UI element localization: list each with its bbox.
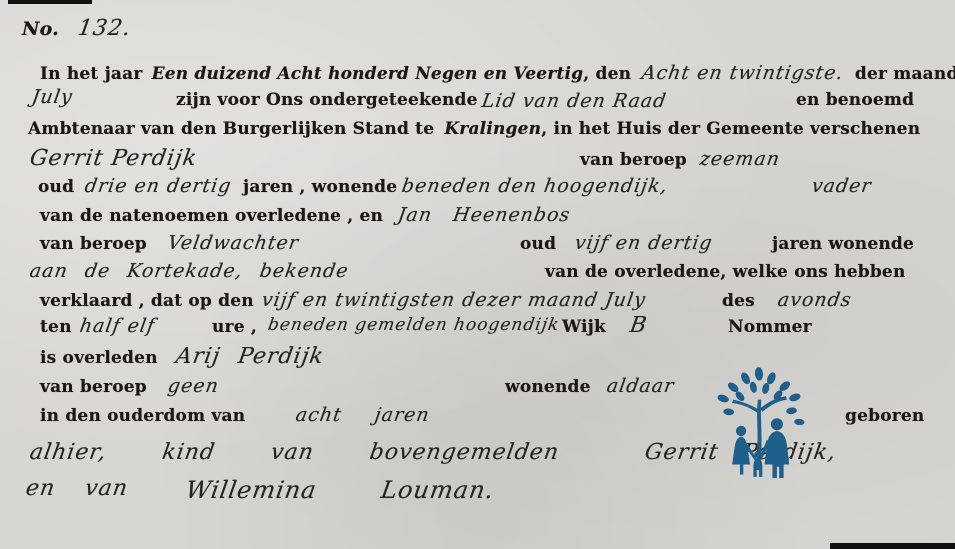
handwritten-deceased-age: acht jaren [294, 404, 431, 426]
handwritten-deceased-occupation: geen [166, 375, 220, 397]
printed-text: des [722, 291, 755, 311]
printed-text: en benoemd [796, 90, 914, 110]
line-year: In het jaar Een duizend Acht honderd Neg… [40, 62, 955, 88]
printed-text: van beroep [40, 234, 147, 254]
printed-text: oud [38, 177, 74, 197]
handwritten-declarant1-name: Gerrit Perdijk [28, 146, 199, 171]
printed-text: van beroep [580, 150, 687, 170]
line-death-time-place: ten half elf ure , beneden gemelden hoog… [0, 317, 955, 343]
printed-text: ten [40, 317, 72, 337]
printed-text: zijn voor Ons ondergeteekende [176, 90, 478, 110]
handwritten-declarant1-occupation: zeeman [698, 148, 782, 170]
printed-text: is overleden [40, 348, 158, 368]
act-number-row: No. 132. [22, 16, 131, 42]
line-death-date: verklaard , dat op den vijf en twintigst… [0, 291, 955, 317]
printed-text: , in het Huis der Gemeente verschenen [541, 119, 920, 139]
scan-edge-top-left [8, 0, 92, 4]
line-declarant2-residence: aan de Kortekade, bekende van de overled… [0, 262, 955, 288]
printed-text: van de natenoemen overledene , en [40, 206, 383, 226]
line-municipality: Ambtenaar van den Burgerlijken Stand te … [28, 119, 920, 145]
handwritten-declarant1-age: drie en dertig [83, 175, 233, 197]
handwritten-declarant2-occupation: Veldwachter [166, 232, 300, 254]
handwritten-declarant1-residence: beneden den hoogendijk, [400, 175, 669, 197]
death-record-scan: No. 132. In het jaar Een duizend Acht ho… [0, 0, 955, 549]
handwritten-deceased-name: Arij Perdijk [174, 344, 326, 369]
handwritten-wijk-letter: B [628, 313, 649, 338]
printed-text: jaren , wonende [243, 177, 397, 197]
printed-text: Ambtenaar van den Burgerlijken Stand te [28, 119, 434, 139]
scan-edge-bottom-right [830, 543, 955, 549]
handwritten-death-time: half elf [78, 315, 157, 337]
line-declarant1: Gerrit Perdijk van beroep zeeman [0, 146, 955, 176]
handwritten-en-van: en van [24, 476, 130, 501]
handwritten-declarant2-age: vijf en dertig [573, 232, 714, 254]
handwritten-birthplace-parentage: alhier, kind van bovengemelden [28, 440, 561, 465]
printed-text: wonende [505, 377, 591, 397]
act-number-value: 132. [76, 16, 133, 41]
printed-text: ure , [212, 317, 257, 337]
printed-text: verklaard , dat op den [40, 291, 254, 311]
handwritten-mother-name: Willemina Louman. [184, 476, 497, 504]
line-declarant2: van de natenoemen overledene , en Jan He… [0, 206, 955, 232]
printed-text: In het jaar [40, 64, 143, 84]
printed-year-words: Een duizend Acht honderd Negen en Veerti… [152, 64, 584, 84]
handwritten-day: Acht en twintigste. [641, 62, 846, 84]
printed-text: in den ouderdom van [40, 406, 245, 426]
handwritten-official-title: Lid van den Raad [480, 90, 668, 112]
printed-text: , den [583, 64, 631, 84]
line-declarant1-age: oud drie en dertig jaren , wonende bened… [0, 177, 955, 203]
printed-text: geboren [845, 406, 924, 426]
line-declarant2-occupation-age: van beroep Veldwachter oud vijf en derti… [0, 234, 955, 260]
printed-text: oud [520, 234, 556, 254]
handwritten-death-daypart: avonds [776, 289, 853, 311]
family-tree-logo [702, 366, 816, 478]
handwritten-declarant2-name: Jan Heenenbos [396, 204, 572, 226]
printed-municipality: Kralingen [444, 119, 541, 139]
handwritten-death-date: vijf en twintigsten dezer maand July [260, 289, 647, 311]
handwritten-month: July [30, 86, 74, 108]
line-month-official: July zijn voor Ons ondergeteekende Lid v… [0, 90, 955, 116]
handwritten-deceased-residence: aldaar [605, 375, 676, 397]
printed-text: jaren wonende [772, 234, 914, 254]
printed-text: van beroep [40, 377, 147, 397]
printed-text: van de overledene, welke ons hebben [545, 262, 906, 282]
act-number-label: No. [22, 18, 59, 40]
printed-text: Nommer [728, 317, 812, 337]
printed-text: der maand [855, 64, 955, 84]
line-mother: en van Willemina Louman. [0, 476, 955, 510]
handwritten-declarant1-relation: vader [810, 175, 873, 197]
handwritten-death-place: beneden gemelden hoogendijk [266, 315, 560, 335]
printed-text: Wijk [562, 317, 606, 337]
handwritten-declarant2-residence: aan de Kortekade, bekende [28, 260, 350, 282]
